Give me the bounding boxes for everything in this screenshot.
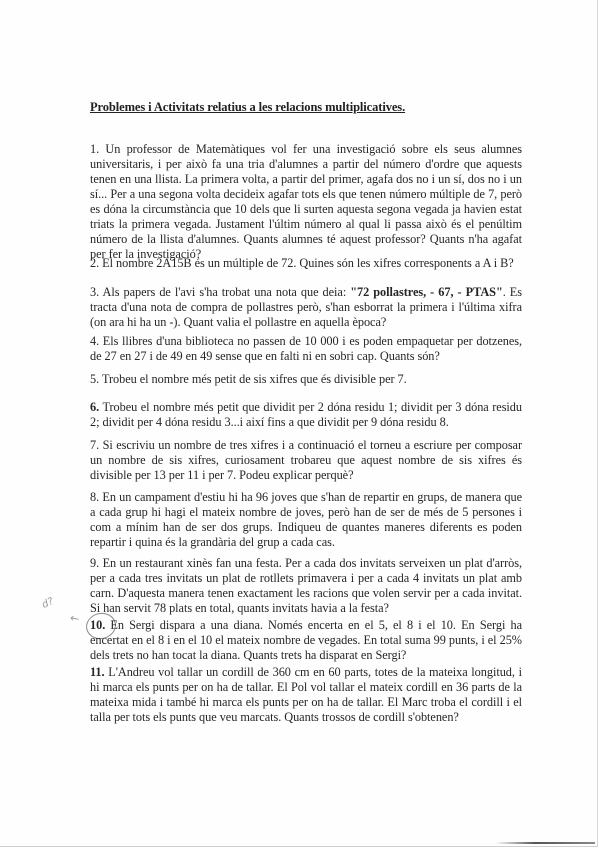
problem-text: Trobeu el nombre més petit de sis xifres… <box>102 372 407 386</box>
problem-text: Un professor de Matemàtiques vol fer una… <box>90 142 522 261</box>
document-title: Problemes i Activitats relatius a les re… <box>90 100 405 115</box>
problem-text: L'Andreu vol tallar un cordill de 360 cm… <box>90 665 522 724</box>
problem-text: En un restaurant xinès fan una festa. Pe… <box>90 556 522 615</box>
problem-text: En un campament d'estiu hi ha 96 joves q… <box>90 490 522 549</box>
scanned-page: Problemes i Activitats relatius a les re… <box>0 0 598 847</box>
problem-number: 2. <box>90 256 99 270</box>
handwritten-arrow-icon: ↖ <box>67 611 82 627</box>
problem-number: 8. <box>90 490 99 504</box>
problem-number: 10. <box>90 618 105 632</box>
problem-text: Trobeu el nombre més petit que dividit p… <box>90 400 522 429</box>
problem-10: 10. En Sergi dispara a una diana. Només … <box>90 618 522 663</box>
problem-9: 9. En un restaurant xinès fan una festa.… <box>90 556 522 616</box>
problem-number: 11. <box>90 665 105 679</box>
problem-text: El nombre 2A15B és un múltiple de 72. Qu… <box>102 256 514 270</box>
problem-number: 4. <box>90 334 99 348</box>
problem-5: 5. Trobeu el nombre més petit de sis xif… <box>90 372 522 387</box>
problem-number: 5. <box>90 372 99 386</box>
problem-number: 7. <box>90 438 99 452</box>
problem-number: 1. <box>90 142 99 156</box>
handwritten-margin-note: d? <box>40 596 55 611</box>
problem-11: 11. L'Andreu vol tallar un cordill de 36… <box>90 665 522 725</box>
problem-7: 7. Si escriviu un nombre de tres xifres … <box>90 438 522 483</box>
problem-4: 4. Els llibres d'una biblioteca no passe… <box>90 334 522 364</box>
problem-text: Als papers de l'avi s'ha trobat una nota… <box>103 285 351 299</box>
problem-text: Si escriviu un nombre de tres xifres i a… <box>90 438 522 482</box>
problem-2: 2. El nombre 2A15B és un múltiple de 72.… <box>90 256 522 271</box>
problem-number: 3. <box>90 285 99 299</box>
problem-number: 6. <box>90 400 99 414</box>
problem-text: Els llibres d'una biblioteca no passen d… <box>90 334 522 363</box>
problem-quote: "72 pollastres, - 67, - PTAS" <box>350 285 502 299</box>
problem-8: 8. En un campament d'estiu hi ha 96 jove… <box>90 490 522 550</box>
scan-edge-shadow <box>495 842 595 844</box>
problem-6: 6. Trobeu el nombre més petit que dividi… <box>90 400 522 430</box>
problem-number: 9. <box>90 556 99 570</box>
problem-3: 3. Als papers de l'avi s'ha trobat una n… <box>90 285 522 330</box>
problem-text: En Sergi dispara a una diana. Només ence… <box>90 618 522 662</box>
problem-1: 1. Un professor de Matemàtiques vol fer … <box>90 142 522 262</box>
